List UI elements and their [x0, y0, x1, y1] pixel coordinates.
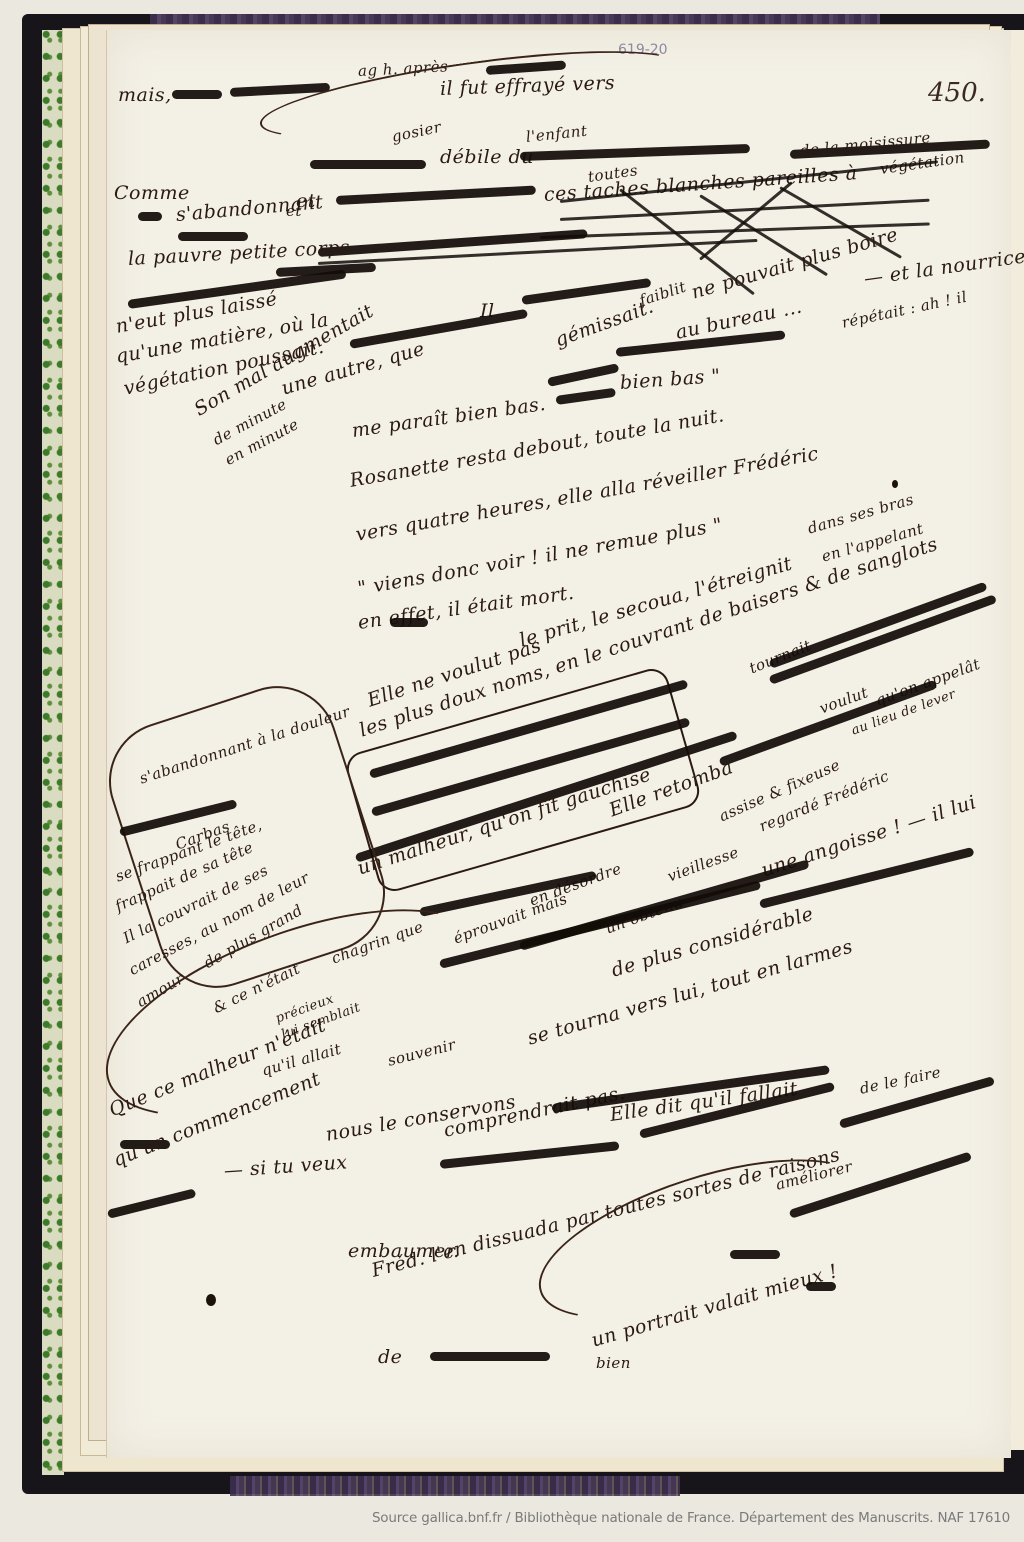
marbled-endpaper: [42, 30, 64, 1475]
strikethrough: [430, 1352, 550, 1361]
ink-blot: [206, 1294, 216, 1306]
ink-blot: [892, 480, 898, 488]
manuscript-line: de: [378, 1346, 402, 1368]
manuscript-line: mais,: [118, 84, 172, 106]
source-caption: Source gallica.bnf.fr / Bibliothèque nat…: [372, 1510, 1010, 1526]
insert-text: bien: [596, 1354, 631, 1372]
strikethrough: [178, 232, 248, 241]
margin-text: et: [286, 202, 302, 220]
strikethrough: [310, 160, 426, 169]
strikethrough: [172, 90, 222, 99]
margin-text: Comme: [114, 182, 190, 204]
strikethrough: [390, 618, 428, 627]
strikethrough: [138, 212, 162, 221]
strikethrough: [806, 1282, 836, 1291]
marbled-edge-bottom: [230, 1476, 680, 1496]
manuscript-scan: 619-20 450. ag h. après mais, il fut eff…: [0, 0, 1024, 1500]
folio-number: 450.: [928, 78, 986, 108]
